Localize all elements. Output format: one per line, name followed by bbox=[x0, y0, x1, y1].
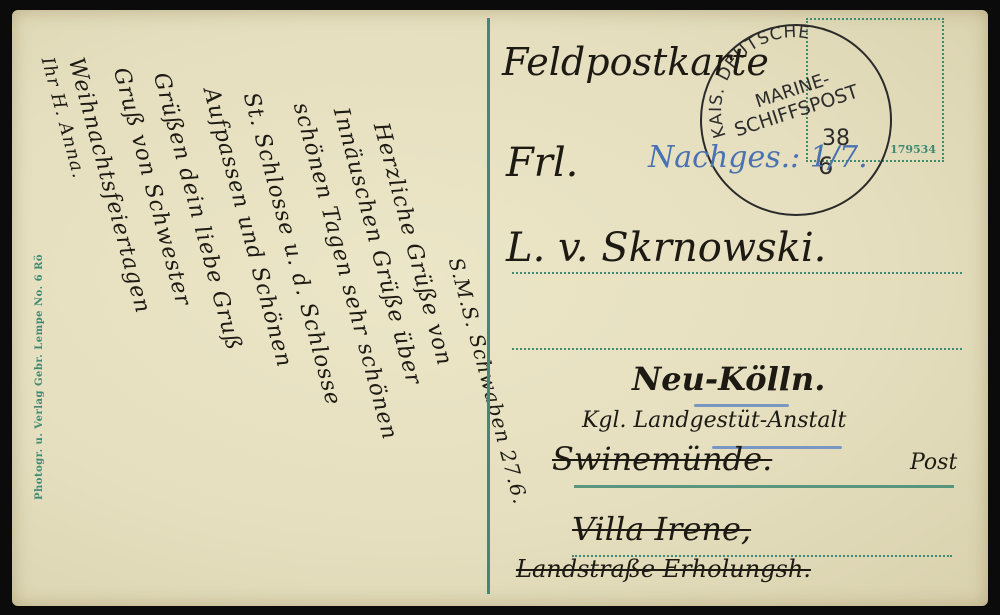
message-area: S.M.S. Schwaben 27.6. Herzliche Grüße vo… bbox=[52, 50, 472, 590]
address-old-city-note: Post bbox=[910, 450, 957, 475]
address-line-1 bbox=[512, 272, 962, 274]
address-salutation: Frl. bbox=[506, 140, 578, 186]
address-street-prefix: Kgl. Landgestüt-Anstalt bbox=[582, 408, 846, 433]
address-heading: Feldpostkarte bbox=[502, 40, 769, 84]
address-villa-struck: Villa Irene, bbox=[572, 510, 751, 548]
address-last-line-struck: Landstraße Erholungsh. bbox=[516, 555, 811, 583]
addressee-name: L. v. Skrnowski. bbox=[506, 225, 826, 271]
address-old-city-struck: Swinemünde. bbox=[552, 440, 772, 478]
stamp-serial: 179534 bbox=[890, 143, 936, 156]
center-divider bbox=[487, 18, 490, 594]
address-line-3 bbox=[574, 485, 954, 488]
forwarding-note: Nachges.: 1/7. bbox=[648, 140, 868, 175]
address-city: Neu-Kölln. bbox=[632, 360, 825, 398]
postcard: Photogr. u. Verlag Gebr. Lempe No. 6 Rö … bbox=[12, 10, 988, 606]
blue-underline bbox=[694, 404, 789, 407]
publisher-imprint: Photogr. u. Verlag Gebr. Lempe No. 6 Rö bbox=[34, 254, 45, 500]
address-line-2 bbox=[512, 348, 962, 350]
